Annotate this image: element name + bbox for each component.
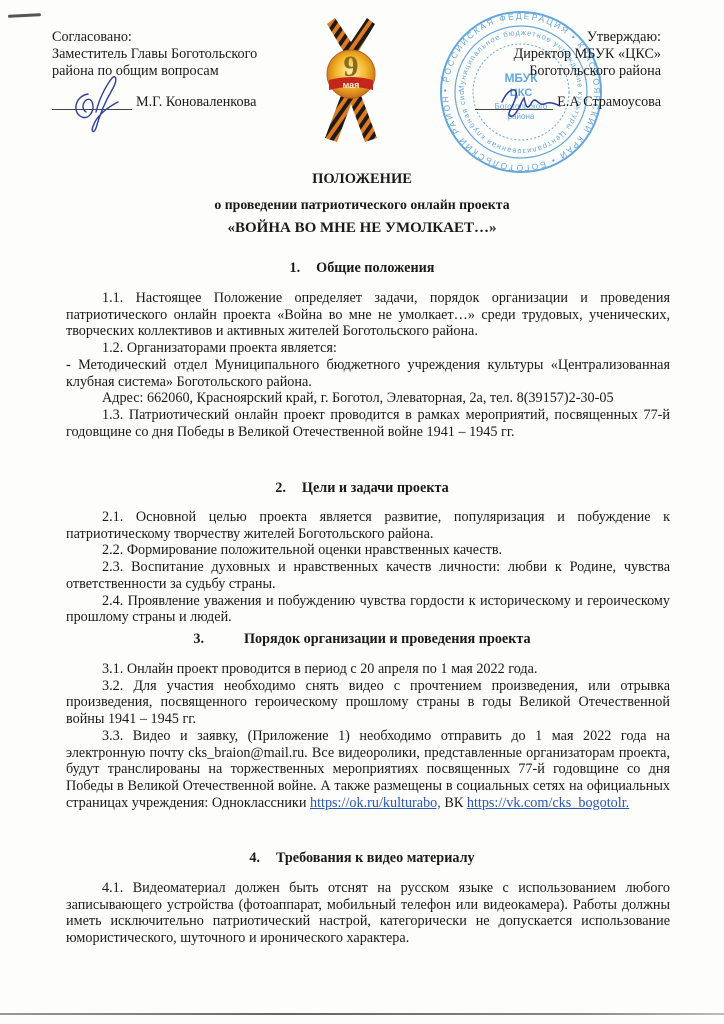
approver-position-line1: Директор МБУК «ЦКС» [514, 46, 661, 63]
vkontakte-link[interactable]: https://vk.com/cks_bogotolr. [467, 795, 629, 811]
handwritten-signature-right-icon [496, 80, 566, 120]
section-number: 1. [290, 260, 301, 277]
section-body-3: 3.1. Онлайн проект проводится в период с… [66, 661, 670, 811]
paragraph-3-3: 3.3. Видео и заявку, (Приложение 1) необ… [66, 728, 670, 812]
paragraph-2-4: 2.4. Проявление уважения и побуждению чу… [66, 593, 670, 626]
paragraph-4-1: 4.1. Видеоматериал должен быть отснят на… [66, 880, 670, 947]
paragraph-1-1: 1.1. Настоящее Положение определяет зада… [66, 290, 670, 340]
section-heading-1: 1.Общие положения [0, 260, 724, 277]
section-heading-2: 2.Цели и задачи проекта [0, 480, 724, 497]
section-number: 3. [193, 631, 204, 648]
section-title: Порядок организации и проведения проекта [244, 631, 531, 647]
paragraph-1-2: 1.2. Организаторами проекта является: [66, 340, 670, 357]
approval-label: Согласовано: [52, 29, 257, 46]
section-number: 4. [249, 850, 260, 867]
approver-name-left: М.Г. Коноваленкова [136, 94, 256, 111]
section-heading-3: 3.Порядок организации и проведения проек… [0, 631, 724, 648]
document-title: ПОЛОЖЕНИЕ [0, 171, 724, 188]
paragraph-1-2-organizer: - Методический отдел Муниципального бюдж… [66, 357, 670, 390]
project-name: «ВОЙНА ВО МНЕ НЕ УМОЛКАЕТ…» [0, 220, 724, 237]
section-number: 2. [275, 480, 286, 497]
paragraph-2-2: 2.2. Формирование положительной оценки н… [66, 542, 670, 559]
section-body-2: 2.1. Основной целью проекта является раз… [66, 509, 670, 626]
approver-position-line1: Заместитель Главы Боготольского [52, 46, 257, 63]
paragraph-3-1: 3.1. Онлайн проект проводится в период с… [66, 661, 670, 678]
document-page: Согласовано: Заместитель Главы Боготольс… [0, 0, 724, 1024]
approval-block-right: Утверждаю: Директор МБУК «ЦКС» Боготольс… [514, 29, 661, 80]
paragraph-3-2: 3.2. Для участия необходимо снять видео … [66, 678, 670, 728]
section-title: Общие положения [316, 260, 434, 276]
section-body-4: 4.1. Видеоматериал должен быть отснят на… [66, 880, 670, 947]
paragraph-1-3: 1.3. Патриотический онлайн проект провод… [66, 407, 670, 440]
odnoklassniki-link[interactable]: https://ok.ru/kulturabo, [310, 795, 441, 811]
approver-name-right: Е.А Страмоусова [557, 94, 661, 111]
vk-label: ВК [441, 795, 467, 811]
paragraph-1-2-address: Адрес: 662060, Красноярский край, г. Бог… [66, 390, 670, 407]
approval-label: Утверждаю: [514, 29, 661, 46]
section-heading-4: 4.Требования к видео материалу [0, 850, 724, 867]
section-body-1: 1.1. Настоящее Положение определяет зада… [66, 290, 670, 440]
handwritten-signature-left-icon [66, 66, 136, 136]
svg-text:мая: мая [343, 80, 360, 90]
victory-day-ribbon-icon: 9 мая [321, 12, 381, 144]
paragraph-2-3: 2.3. Воспитание духовных и нравственных … [66, 559, 670, 592]
paragraph-2-1: 2.1. Основной целью проекта является раз… [66, 509, 670, 542]
section-title: Требования к видео материалу [276, 850, 475, 866]
section-title: Цели и задачи проекта [302, 480, 449, 496]
document-subtitle: о проведении патриотического онлайн прое… [0, 197, 724, 213]
approver-position-line2: Боготольского района [514, 63, 661, 80]
page-bottom-edge [0, 1013, 724, 1015]
scan-artifact-mark [8, 13, 41, 18]
